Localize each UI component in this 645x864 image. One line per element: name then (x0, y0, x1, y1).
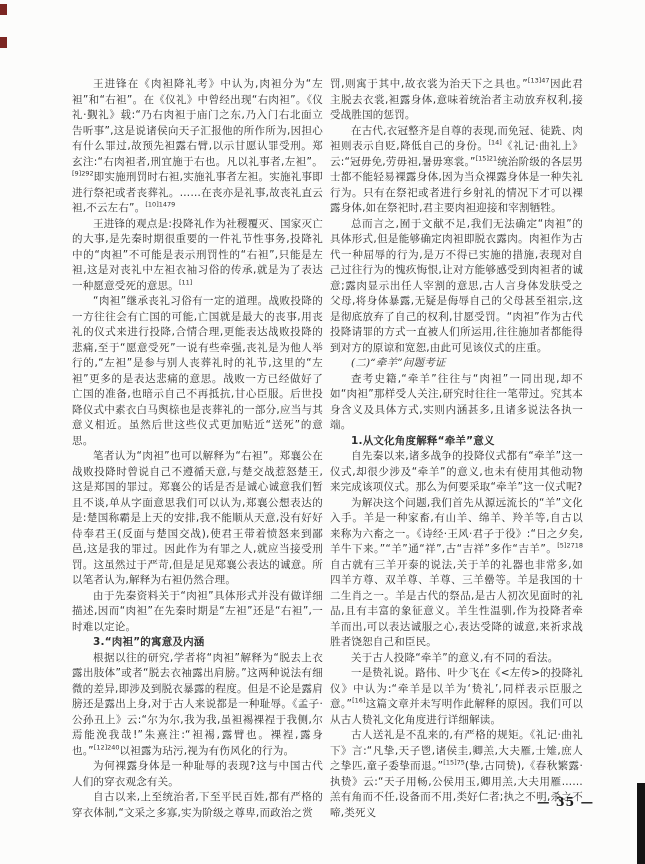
paragraph: 为解决这个问题,我们首先从源远流长的“羊”文化入手。羊是一种家畜,有山羊、绵羊、… (330, 496, 583, 651)
paragraph: “肉袒”继承丧礼习俗有一定的道理。战败投降的一方往往会有亡国的可能,亡国就是最大… (72, 294, 323, 449)
red-edge-mark-top (0, 4, 7, 15)
paragraph: 自先秦以来,诸多战争的投降仪式都有“牵羊”这一仪式,却很少涉及“牵羊”的意义,也… (330, 449, 583, 496)
left-column: 王进锋在《肉袒降礼考》中认为,肉袒分为“左袒”和“右袒”。在《仪礼》中曾经出现“… (72, 77, 323, 821)
red-edge-mark-bottom (0, 37, 7, 48)
right-column: 罚,则寓于其中,故衣裳为治天下之具也。”[13]47因此君主脱去衣裳,袒露身体,… (330, 77, 583, 821)
paragraph: 罚,则寓于其中,故衣裳为治天下之具也。”[13]47因此君主脱去衣裳,袒露身体,… (330, 77, 583, 124)
paragraph: 一是贽礼说。路伟、叶少飞在《<左传>的投降礼仪》中认为:“牵羊是以羊为‘贽礼’,… (330, 666, 583, 728)
section-heading: 1.从文化角度解释“牵羊”意义 (330, 434, 583, 450)
scan-edge-artifact (637, 783, 645, 864)
paragraph: 关于古人投降“牵羊”的意义,有不同的看法。 (330, 651, 583, 667)
paragraph: 笔者认为“肉袒”也可以解释为“右袒”。郑襄公在战败投降时曾说自己不遵循天意,与楚… (72, 449, 323, 589)
section-heading: (二)“牵羊”问题考证 (330, 356, 583, 372)
paragraph: 由于先秦资料关于“肉袒”具体形式并没有做详细描述,因而“肉袒”在先秦时期是“左袒… (72, 589, 323, 636)
paragraph: 在古代,衣冠整齐是自尊的表现,而免冠、徒跣、肉袒则表示自贬,降低自己的身份。[1… (330, 124, 583, 217)
paragraph: 王进锋在《肉袒降礼考》中认为,肉袒分为“左袒”和“右袒”。在《仪礼》中曾经出现“… (72, 77, 323, 217)
paragraph: 为何裸露身体是一种耻辱的表现?这与中国古代人们的穿衣观念有关。 (72, 759, 323, 790)
page-number: — 35 — (537, 794, 594, 809)
paragraph: 总而言之,囿于文献不足,我们无法确定“肉袒”的具体形式,但是能够确定肉袒即脱衣露… (330, 217, 583, 357)
paragraph: 查考史籍,“牵羊”往往与“肉袒”一同出现,却不如“肉袒”那样受人关注,研究时往往… (330, 372, 583, 434)
paragraph: 根据以往的研究,学者将“肉袒”解释为“脱去上衣露出肢体”或者“脱去衣袖露出肩膀。… (72, 651, 323, 760)
section-heading: 3.“肉袒”的寓意及内涵 (72, 635, 323, 651)
paragraph: 自古以来,上至统治者,下至平民百姓,都有严格的穿衣体制,“文采之多寡,实为阶级之… (72, 790, 323, 821)
paragraph: 王进锋的观点是:投降礼作为社稷覆灭、国家灭亡的大事,是先秦时期很重要的一件礼节性… (72, 217, 323, 295)
journal-page: 王进锋在《肉袒降礼考》中认为,肉袒分为“左袒”和“右袒”。在《仪礼》中曾经出现“… (0, 0, 645, 864)
